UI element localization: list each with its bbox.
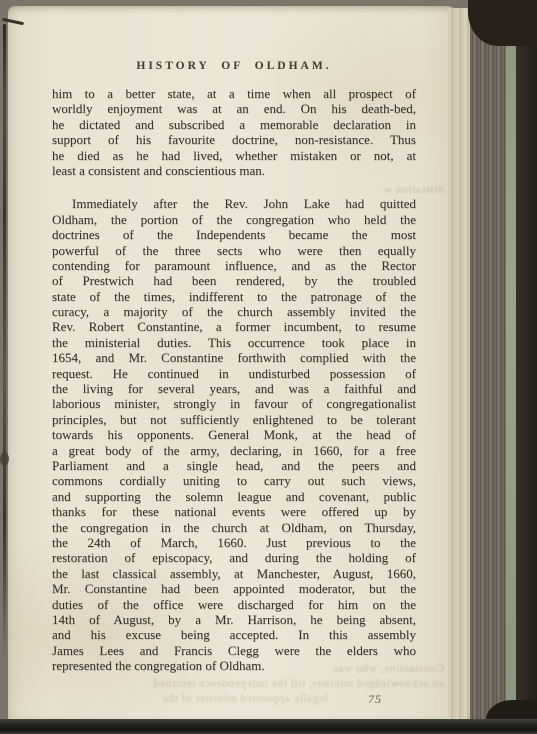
book-cover [516, 0, 537, 734]
text-line: request. He continued in undisturbed pos… [52, 366, 416, 381]
text-column: HISTORY OF OLDHAM. him to a better state… [52, 60, 416, 673]
bleedthrough-line: legally appointed minister of the [28, 693, 328, 705]
text-line: the last classical assembly, at Manchest… [52, 566, 416, 581]
text-line: support of his favourite doctrine, non-r… [52, 132, 416, 147]
text-line: doctrines of the Independents became the… [52, 227, 416, 242]
page-stack-edge [448, 8, 470, 720]
paragraph: him to a better state, at a time when al… [52, 86, 416, 178]
text-line: the living for several years, and was a … [52, 381, 416, 396]
text-line: and his excuse being accepted. In this a… [52, 627, 416, 642]
text-line: thanks for these national events were of… [52, 504, 416, 519]
text-line: the ministerial duties. This occurrence … [52, 335, 416, 350]
text-line: James Lees and Francis Clegg were the el… [52, 643, 416, 658]
text-line: contending for paramount influence, and … [52, 258, 416, 273]
running-head: HISTORY OF OLDHAM. [52, 60, 416, 72]
bleedthrough-line: Constantine, who was [286, 663, 444, 675]
text-line: of Prestwich had been rendered, by the t… [52, 273, 416, 288]
text-line: towards his opponents. General Monk, at … [52, 427, 416, 442]
text-line: worldly enjoyment was at an end. On his … [52, 101, 416, 116]
page-number: 75 [368, 692, 382, 707]
book-fore-edge [470, 4, 510, 730]
text-line: Rev. Robert Constantine, a former incumb… [52, 319, 416, 334]
bleedthrough-line: nistration w [324, 184, 444, 196]
text-line: him to a better state, at a time when al… [52, 86, 416, 101]
text-line: Immediately after the Rev. John Lake had… [52, 196, 416, 211]
text-line: Oldham, the portion of the congregation … [52, 212, 416, 227]
text-line: state of the times, indifferent to the p… [52, 289, 416, 304]
text-line: laborious minister, strongly in favour o… [52, 396, 416, 411]
text-line: the 24th of March, 1660. Just previous t… [52, 535, 416, 550]
text-line: powerful of the three sects who were the… [52, 243, 416, 258]
text-line: he died as he had lived, whether mistake… [52, 148, 416, 163]
text-line: restoration of episcopacy, and during th… [52, 550, 416, 565]
text-line: 1654, and Mr. Constantine forthwith comp… [52, 350, 416, 365]
scanned-book-photo: HISTORY OF OLDHAM. him to a better state… [0, 0, 537, 734]
text-line: and supporting the solemn league and cov… [52, 489, 416, 504]
binding-knot [0, 452, 9, 466]
text-line: curacy, a majority of the church assembl… [52, 304, 416, 319]
text-line: duties of the office were discharged for… [52, 597, 416, 612]
text-line: principles, but not sufficiently enlight… [52, 412, 416, 427]
table-shadow [0, 719, 537, 734]
text-line: a great body of the army, declaring, in … [52, 443, 416, 458]
book-page: HISTORY OF OLDHAM. him to a better state… [8, 6, 457, 722]
text-line: he dictated and subscribed a memorable d… [52, 117, 416, 132]
text-line: least a consistent and conscientious man… [52, 163, 416, 178]
paragraph: Immediately after the Rev. John Lake had… [52, 196, 416, 673]
bleedthrough-line: an acknowledged minister, till the indep… [28, 678, 444, 690]
text-line: Parliament and a single head, and the pe… [52, 458, 416, 473]
text-line: commons cordially uniting to carry out s… [52, 473, 416, 488]
text-line: the congregation in the church at Oldham… [52, 520, 416, 535]
binding-thread [3, 24, 6, 664]
text-line: 14th of August, by a Mr. Harrison, he be… [52, 612, 416, 627]
text-line: Mr. Constantine had been appointed moder… [52, 581, 416, 596]
